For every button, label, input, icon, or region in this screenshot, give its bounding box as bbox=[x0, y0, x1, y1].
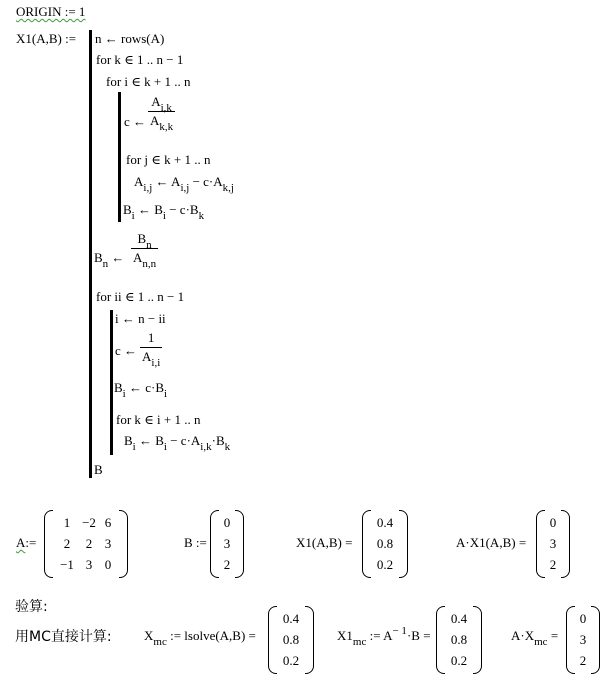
xmc-matrix: 0.40.80.2 bbox=[268, 606, 314, 674]
fraction-c2: 1 Ai,i bbox=[140, 330, 162, 365]
matrix-A-label[interactable]: A:= bbox=[16, 535, 36, 551]
verify-heading[interactable]: 验算: bbox=[15, 596, 48, 616]
program-outer-bar bbox=[89, 30, 92, 478]
x1-result-matrix: 0.40.80.2 bbox=[362, 510, 408, 578]
x1mc-matrix: 0.40.80.2 bbox=[436, 606, 482, 674]
program-line[interactable]: c ← bbox=[124, 114, 146, 130]
a-times-x1-matrix: 032 bbox=[536, 510, 570, 578]
xmc-label[interactable]: Xmc := lsolve(A,B) = bbox=[144, 628, 256, 644]
matrix-B[interactable]: 032 bbox=[210, 510, 244, 578]
program-inner-bar-1 bbox=[118, 92, 121, 222]
program-line[interactable]: for ii ∈ 1 .. n − 1 bbox=[96, 289, 184, 305]
direct-calc-label[interactable]: 用MC直接计算: bbox=[15, 626, 112, 646]
fraction-bn: Bn An,n bbox=[131, 231, 158, 266]
program-line[interactable]: Bi ← c·Bi bbox=[114, 380, 167, 396]
program-line[interactable]: for i ∈ k + 1 .. n bbox=[106, 74, 190, 90]
origin-definition[interactable]: ORIGIN := 1 bbox=[16, 4, 85, 20]
matrix-A[interactable]: 1−26 223 −130 bbox=[44, 510, 128, 578]
fraction-c: Ai,k Ak,k bbox=[148, 94, 175, 129]
program-line[interactable]: for k ∈ 1 .. n − 1 bbox=[96, 52, 183, 68]
matrix-B-label[interactable]: B := bbox=[184, 535, 207, 551]
program-line[interactable]: Bi ← Bi − c·Ai,k·Bk bbox=[124, 433, 230, 449]
a-times-xmc-label[interactable]: A·Xmc = bbox=[511, 628, 558, 644]
program-line[interactable]: Bn ← bbox=[94, 250, 124, 266]
a-times-xmc-matrix: 032 bbox=[566, 606, 600, 674]
program-line[interactable]: for j ∈ k + 1 .. n bbox=[126, 152, 210, 168]
program-return[interactable]: B bbox=[94, 462, 103, 478]
program-line[interactable]: c ← bbox=[115, 343, 137, 359]
program-line[interactable]: for k ∈ i + 1 .. n bbox=[116, 412, 200, 428]
program-line[interactable]: n ← rows(A) bbox=[95, 31, 164, 47]
program-line[interactable]: Bi ← Bi − c·Bk bbox=[123, 202, 204, 218]
program-line[interactable]: i ← n − ii bbox=[115, 311, 166, 327]
x1mc-label[interactable]: X1mc := A− 1·B = bbox=[337, 628, 431, 644]
function-definition-label[interactable]: X1(A,B) := bbox=[16, 31, 76, 47]
program-inner-bar-2 bbox=[110, 310, 113, 455]
x1-result-label[interactable]: X1(A,B) = bbox=[296, 535, 352, 551]
a-times-x1-label[interactable]: A·X1(A,B) = bbox=[456, 535, 526, 551]
program-line[interactable]: Ai,j ← Ai,j − c·Ak,j bbox=[134, 174, 234, 190]
